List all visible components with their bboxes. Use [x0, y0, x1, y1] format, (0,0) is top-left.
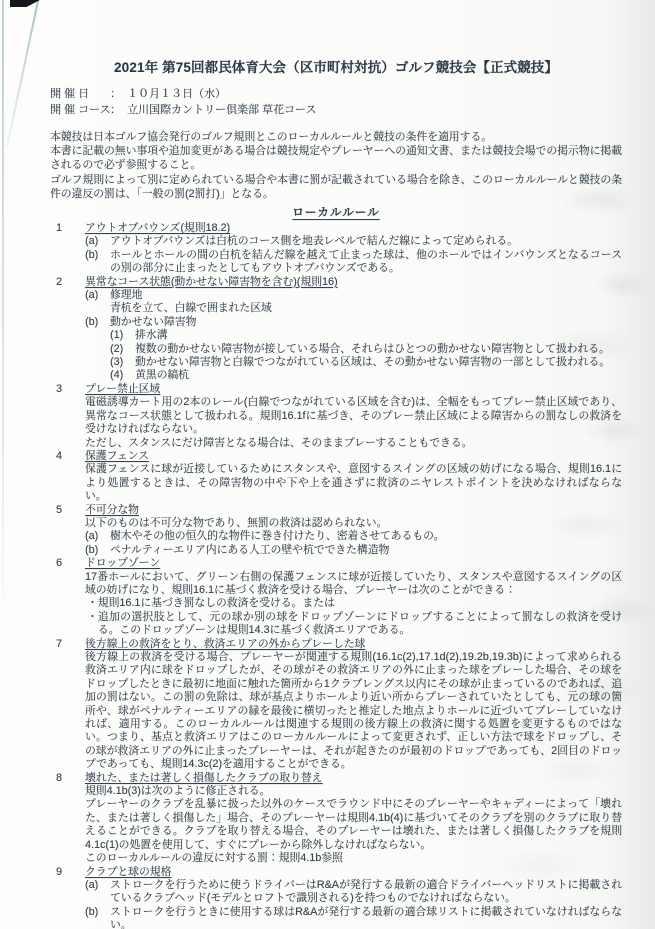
- rule-section-header: 1アウトオブバウンズ(規則18.2): [50, 222, 622, 235]
- document-title: 2021年 第75回都民体育大会（区市町村対抗）ゴルフ競技会【正式競技】: [50, 57, 622, 76]
- rule-item: (b)ペナルティーエリア内にある人工の壁や杭でできた構造物: [85, 544, 622, 557]
- rule-subitem-marker: (2): [110, 343, 135, 356]
- rule-item-row: (b)ペナルティーエリア内にある人工の壁や杭でできた構造物: [85, 544, 622, 557]
- rule-section-header: 9クラブと球の規格: [50, 866, 622, 879]
- rule-paragraph: ただし、スタンスにだけ障害となる場合は、そのままプレーすることもできる。: [85, 437, 622, 450]
- rule-section: 6ドロップゾーン17番ホールにおいて、グリーン右側の保護フェンスに球が近接してい…: [50, 557, 622, 637]
- rule-item-marker: (a): [85, 530, 110, 543]
- rule-number: 9: [56, 866, 85, 879]
- meta-date-colon: ：: [110, 87, 121, 103]
- rule-item-text: アウトオブバウンズは白杭のコース側を地表レベルで結んだ線によって定められる。: [110, 235, 622, 248]
- rule-paragraph: 保護フェンスに球が近接しているためにスタンスや、意図するスイングの区域の妨げにな…: [85, 463, 622, 503]
- rule-item-marker: (b): [85, 249, 110, 276]
- rule-paragraph: 17番ホールにおいて、グリーン右側の保護フェンスに球が近接していたり、スタンスや…: [85, 571, 622, 598]
- rule-subitem-text: 動かせない障害物と白線でつながれている区域は、その動かせない障害物の一部として扱…: [135, 356, 622, 369]
- rule-subitem-marker: (3): [110, 356, 135, 369]
- rule-subitem-text: 黄黒の縞杭: [135, 369, 622, 382]
- rule-item-marker: (b): [85, 544, 110, 557]
- rule-paragraph: 以下のものは不可分な物であり、無罰の救済は認められない。: [85, 517, 622, 530]
- rule-section: 1アウトオブバウンズ(規則18.2)(a)アウトオブバウンズは白杭のコース側を地…: [50, 222, 622, 276]
- rule-paragraph: プレーヤーのクラブを乱暴に扱った以外のケースでラウンド中にそのプレーヤーやキャデ…: [85, 798, 622, 852]
- meta-course-colon: ：: [110, 103, 121, 119]
- rule-section-header: 2異常なコース状態(動かせない障害物を含む)(規則16): [50, 276, 622, 289]
- rule-paragraph: 電磁誘導カート用の2本のレール(白線でつながれている区域を含む)は、全幅をもって…: [85, 396, 622, 436]
- rule-section-body: (a)アウトオブバウンズは白杭のコース側を地表レベルで結んだ線によって定められる…: [85, 235, 622, 275]
- rule-section-header: 7後方線上の救済をとり、救済エリアの外からプレーした球: [50, 638, 622, 651]
- intro-paragraph-3: ゴルフ規則によって別に定められている場合や本書に罰が記載されている場合を除き、こ…: [50, 173, 622, 201]
- scanned-document-page: 2021年 第75回都民体育大会（区市町村対抗）ゴルフ競技会【正式競技】 開 催…: [0, 0, 655, 929]
- rule-item-text: ストロークを行うときに使用する球はR&Aが発行する最新の適合球リストに掲載されて…: [110, 906, 622, 929]
- rule-section: 8壊れた、または著しく損傷したクラブの取り替え規則4.1b(3)は次のように修正…: [50, 772, 622, 866]
- rule-bullet: ・追加の選択肢として、元の球か別の球をドロップゾーンにドロップすることによって罰…: [85, 611, 622, 638]
- meta-date-row: 開 催 日：１０月１３日（水）: [50, 87, 622, 103]
- rule-item-text: ペナルティーエリア内にある人工の壁や杭でできた構造物: [110, 544, 622, 557]
- rule-subitem-row: (2)複数の動かせない障害物が接している場合、それらはひとつの動かせない障害物と…: [110, 343, 622, 356]
- rule-heading: 異常なコース状態(動かせない障害物を含む)(規則16): [85, 276, 338, 288]
- rule-heading: ドロップゾーン: [85, 557, 160, 569]
- rule-subitem-row: (4)黄黒の縞杭: [110, 369, 622, 382]
- rule-item: (b)ホールとホールの間の白杭を結んだ線を越えて止まった球は、他のホールではイン…: [85, 249, 622, 276]
- meta-course-row: 開 催 コース：立川国際カントリー倶楽部 草花コース: [50, 103, 622, 119]
- rule-number: 2: [56, 276, 85, 289]
- rule-item: (b)動かせない障害物(1)排水溝(2)複数の動かせない障害物が接している場合、…: [85, 316, 622, 383]
- rule-item: (b)ストロークを行うときに使用する球はR&Aが発行する最新の適合球リストに掲載…: [85, 906, 622, 929]
- meta-date-value: １０月１３日（水）: [127, 88, 226, 100]
- rule-bullet-text: 追加の選択肢として、元の球か別の球をドロップゾーンにドロップすることによって罰な…: [98, 611, 622, 638]
- rule-section: 4保護フェンス保護フェンスに球が近接しているためにスタンスや、意図するスイングの…: [50, 450, 622, 504]
- rule-number: 6: [56, 557, 85, 570]
- rule-section-header: 3プレー禁止区域: [50, 383, 622, 396]
- rule-item-text: ホールとホールの間の白杭を結んだ線を越えて止まった球は、他のホールではインバウン…: [110, 249, 622, 276]
- rule-item-marker: (a): [85, 235, 110, 248]
- rule-section-header: 5不可分な物: [50, 504, 622, 517]
- rule-section-body: (a)修理地青杭を立て、白線で囲まれた区域(b)動かせない障害物(1)排水溝(2…: [85, 289, 622, 383]
- rule-heading: 不可分な物: [85, 504, 139, 516]
- rule-number: 3: [56, 383, 85, 396]
- rule-item-row: (a)アウトオブバウンズは白杭のコース側を地表レベルで結んだ線によって定められる…: [85, 235, 622, 248]
- bullet-dot-icon: ・: [87, 597, 98, 610]
- rule-section-header: 4保護フェンス: [50, 450, 622, 463]
- rules-sections: 1アウトオブバウンズ(規則18.2)(a)アウトオブバウンズは白杭のコース側を地…: [50, 222, 622, 929]
- rule-section-body: 後方線上の救済を受ける場合、プレーヤーが関連する規則(16.1c(2),17.1…: [85, 651, 622, 772]
- rule-section: 3プレー禁止区域電磁誘導カート用の2本のレール(白線でつながれている区域を含む)…: [50, 383, 622, 450]
- rule-number: 5: [56, 504, 85, 517]
- rule-subitem-row: (1)排水溝: [110, 329, 622, 342]
- rule-item: (a)アウトオブバウンズは白杭のコース側を地表レベルで結んだ線によって定められる…: [85, 235, 622, 248]
- rule-section: 2異常なコース状態(動かせない障害物を含む)(規則16)(a)修理地青杭を立て、…: [50, 276, 622, 383]
- rule-item-text: 樹木やその他の恒久的な物件に巻き付けたり、密着させてあるもの。: [110, 530, 622, 543]
- intro-paragraph-2: 本書に記載の無い事項や追加変更がある場合は競技規定やプレーヤーへの通知文書、また…: [50, 144, 622, 172]
- rules-heading-wrap: ローカルルール: [50, 204, 622, 220]
- rule-number: 8: [56, 772, 85, 785]
- rule-bullet: ・規則16.1に基づき罰なしの救済を受ける。または: [85, 597, 622, 610]
- rule-section-header: 6ドロップゾーン: [50, 557, 622, 570]
- scan-artifact-left-edge: [2, 0, 4, 640]
- rule-subitem-marker: (4): [110, 369, 135, 382]
- rule-subitem-marker: (1): [110, 329, 135, 342]
- rule-item-row: (a)樹木やその他の恒久的な物件に巻き付けたり、密着させてあるもの。: [85, 530, 622, 543]
- rule-bullet-text: 規則16.1に基づき罰なしの救済を受ける。または: [98, 597, 622, 610]
- rule-number: 1: [56, 222, 85, 235]
- rule-section-body: 電磁誘導カート用の2本のレール(白線でつながれている区域を含む)は、全幅をもって…: [85, 396, 622, 450]
- meta-course-label: 開 催 コース: [50, 103, 110, 119]
- rule-subitem-text: 青杭を立て、白線で囲まれた区域: [110, 302, 622, 315]
- rule-item: (a)樹木やその他の恒久的な物件に巻き付けたり、密着させてあるもの。: [85, 530, 622, 543]
- rule-item-text: 修理地: [110, 289, 622, 302]
- rule-item-marker: (a): [85, 289, 110, 302]
- rule-subitem-text: 排水溝: [135, 329, 622, 342]
- rule-section-header: 8壊れた、または著しく損傷したクラブの取り替え: [50, 772, 622, 785]
- meta-course-value: 立川国際カントリー倶楽部 草花コース: [127, 104, 317, 116]
- rule-item-row: (b)ストロークを行うときに使用する球はR&Aが発行する最新の適合球リストに掲載…: [85, 906, 622, 929]
- rule-item-text: ストロークを行うために使うドライバーはR&Aが発行する最新の適合ドライバーヘッド…: [110, 879, 622, 906]
- rule-item-row: (b)ホールとホールの間の白杭を結んだ線を越えて止まった球は、他のホールではイン…: [85, 249, 622, 276]
- rule-paragraph: 規則4.1b(3)は次のように修正される。: [85, 785, 622, 798]
- rule-heading: 壊れた、または著しく損傷したクラブの取り替え: [85, 772, 323, 784]
- rule-heading: 後方線上の救済をとり、救済エリアの外からプレーした球: [85, 638, 365, 650]
- intro-paragraph-1: 本競技は日本ゴルフ協会発行のゴルフ規則とこのローカルルールと競技の条件を適用する…: [50, 130, 622, 144]
- rule-item-text: 動かせない障害物: [110, 316, 622, 329]
- scan-artifact-diagonal-line: [6, 1, 39, 148]
- intro-paragraphs: 本競技は日本ゴルフ協会発行のゴルフ規則とこのローカルルールと競技の条件を適用する…: [50, 130, 622, 201]
- rule-heading: 保護フェンス: [85, 450, 149, 462]
- rule-section: 5不可分な物以下のものは不可分な物であり、無罰の救済は認められない。(a)樹木や…: [50, 504, 622, 558]
- rule-item-marker: (b): [85, 906, 110, 929]
- bullet-dot-icon: ・: [87, 611, 98, 638]
- rule-item-row: (b)動かせない障害物: [85, 316, 622, 329]
- rule-section-body: 保護フェンスに球が近接しているためにスタンスや、意図するスイングの区域の妨げにな…: [85, 463, 622, 503]
- event-meta: 開 催 日：１０月１３日（水） 開 催 コース：立川国際カントリー倶楽部 草花コ…: [50, 87, 622, 118]
- rule-number: 4: [56, 450, 85, 463]
- rule-heading: プレー禁止区域: [85, 383, 160, 395]
- rule-item-marker: (a): [85, 879, 110, 906]
- rule-heading: アウトオブバウンズ(規則18.2): [85, 222, 230, 234]
- rule-item: (a)修理地青杭を立て、白線で囲まれた区域: [85, 289, 622, 316]
- rule-subitem-text: 複数の動かせない障害物が接している場合、それらはひとつの動かせない障害物として扱…: [135, 343, 622, 356]
- rule-item: (a)ストロークを行うために使うドライバーはR&Aが発行する最新の適合ドライバー…: [85, 879, 622, 906]
- rule-subitem-row: (3)動かせない障害物と白線でつながれている区域は、その動かせない障害物の一部と…: [110, 356, 622, 369]
- rule-heading: クラブと球の規格: [85, 866, 171, 878]
- rule-item-row: (a)ストロークを行うために使うドライバーはR&Aが発行する最新の適合ドライバー…: [85, 879, 622, 906]
- rule-paragraph: 後方線上の救済を受ける場合、プレーヤーが関連する規則(16.1c(2),17.1…: [85, 651, 622, 772]
- rule-item-marker: (b): [85, 316, 110, 329]
- rule-item-row: (a)修理地: [85, 289, 622, 302]
- document-content: 2021年 第75回都民体育大会（区市町村対抗）ゴルフ競技会【正式競技】 開 催…: [50, 57, 622, 929]
- rule-section-body: 17番ホールにおいて、グリーン右側の保護フェンスに球が近接していたり、スタンスや…: [85, 571, 622, 638]
- rule-section-body: 以下のものは不可分な物であり、無罰の救済は認められない。(a)樹木やその他の恒久…: [85, 517, 622, 557]
- meta-date-label: 開 催 日: [50, 87, 110, 103]
- rule-section-body: 規則4.1b(3)は次のように修正される。プレーヤーのクラブを乱暴に扱った以外の…: [85, 785, 622, 865]
- rule-section: 7後方線上の救済をとり、救済エリアの外からプレーした球後方線上の救済を受ける場合…: [50, 638, 622, 772]
- rule-paragraph: このローカルルールの違反に対する罰：規則4.1b参照: [85, 852, 622, 865]
- rule-section-body: (a)ストロークを行うために使うドライバーはR&Aが発行する最新の適合ドライバー…: [85, 879, 622, 929]
- rule-number: 7: [56, 638, 85, 651]
- rules-heading: ローカルルール: [292, 206, 379, 219]
- rule-section: 9クラブと球の規格(a)ストロークを行うために使うドライバーはR&Aが発行する最…: [50, 866, 622, 929]
